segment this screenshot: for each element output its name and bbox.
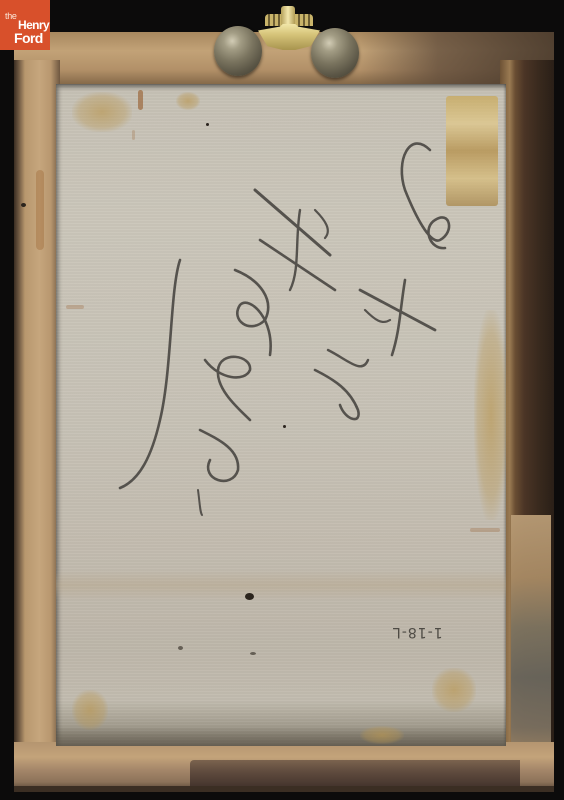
henry-ford-logo: the Henry Ford (0, 0, 50, 50)
rust-stain (138, 90, 143, 110)
frame-knot (21, 203, 26, 207)
inventory-mark: 1-18-L (392, 624, 443, 640)
nail-head-left (214, 26, 262, 76)
tape-residue (360, 726, 404, 744)
tape-residue (432, 668, 476, 712)
logo-text-the: the (5, 11, 17, 21)
pencil-inscription (100, 120, 480, 520)
frame-left-rail (14, 60, 60, 760)
canvas-discoloration-band (56, 570, 506, 600)
tape-residue (72, 690, 108, 730)
rust-stain (66, 305, 84, 309)
photo-background: Dexter Hanger 1-18-L the Henry Ford (0, 0, 564, 800)
canvas-speck (250, 652, 256, 655)
rust-stain (470, 528, 500, 532)
canvas-bottom-shadow (56, 726, 506, 746)
tape-residue (176, 92, 200, 110)
frame-bottom-edge (14, 786, 554, 792)
frame-paper-tape (511, 515, 551, 765)
canvas-hole (245, 593, 254, 600)
canvas-speck (178, 646, 183, 650)
nail-head-right (311, 28, 359, 78)
logo-text-ford: Ford (14, 30, 43, 46)
frame-stain (36, 170, 44, 250)
